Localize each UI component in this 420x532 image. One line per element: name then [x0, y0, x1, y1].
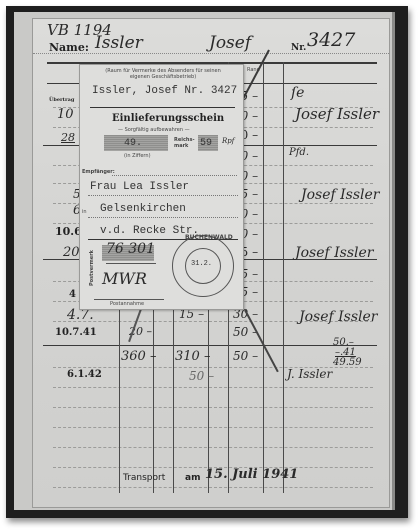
number-label: Nr.	[291, 43, 306, 53]
currency-label: Reichs-mark	[174, 137, 196, 149]
recipient-label: Empfänger:	[82, 169, 115, 175]
postmark-stamp: BUCHENWALD 31.2.	[172, 235, 234, 297]
recipient-city: Gelsenkirchen	[100, 203, 186, 215]
recipient-name: Frau Lea Issler	[90, 181, 189, 193]
left-entry: 10.7.41	[55, 327, 97, 338]
slip-title: Einlieferungsschein	[112, 113, 224, 124]
slip-subtitle: — Sorgfältig aufbewahren —	[118, 127, 190, 133]
pfennig-label: Rpf	[222, 137, 234, 145]
amount-value: 49.	[124, 138, 142, 149]
left-entry: 10.6	[55, 225, 82, 238]
clerk-signature: MWR	[102, 269, 147, 288]
postmark-number: 76 301	[106, 241, 155, 257]
remark-signature: Josef Issler	[295, 105, 379, 123]
amount-entry: 50 –	[233, 349, 258, 363]
postmark-label: Postvermerk	[89, 250, 95, 286]
postal-receipt-slip: (Raum für Vermerke des Absenders für sei…	[79, 64, 244, 310]
amount-caption: (in Ziffern)	[124, 153, 151, 159]
sender-line: Issler, Josef Nr. 3427	[92, 85, 237, 97]
lower-amount: 50 –	[189, 369, 214, 383]
remark-signature: Josef Issler	[299, 309, 378, 325]
surname: Issler	[95, 33, 143, 53]
lower-amount: 310 –	[175, 349, 210, 364]
left-entry: 28	[61, 131, 75, 144]
transport-label: Transport	[123, 473, 165, 483]
in-label: in	[82, 209, 87, 215]
left-entry: 10	[57, 107, 74, 122]
transport-date: 15. Juli 1941	[205, 467, 298, 482]
left-entry: 20	[63, 245, 80, 260]
left-entry: 4	[69, 289, 76, 300]
lower-amount: 360 –	[121, 349, 156, 364]
carry-over-label: Übertrag	[49, 97, 74, 103]
remark-signature: Josef Issler	[295, 245, 374, 261]
stamp-text: BUCHENWALD	[185, 234, 233, 241]
pfennig-value: 59	[200, 138, 212, 149]
given-name: Josef	[209, 33, 251, 53]
remark-signature: J. Issler	[287, 367, 332, 381]
remark-signature: Josef Issler	[301, 187, 380, 203]
am-label: am	[185, 473, 200, 483]
stamp-date: 31.2.	[191, 260, 212, 268]
card-number: 3427	[307, 29, 355, 51]
slip-top-note: (Raum für Vermerke des Absenders für sei…	[98, 68, 228, 80]
left-entry: 6.1.42	[67, 369, 102, 380]
calculation-line: 49.59	[333, 357, 362, 368]
acceptance-label: Postannahme	[110, 301, 144, 307]
